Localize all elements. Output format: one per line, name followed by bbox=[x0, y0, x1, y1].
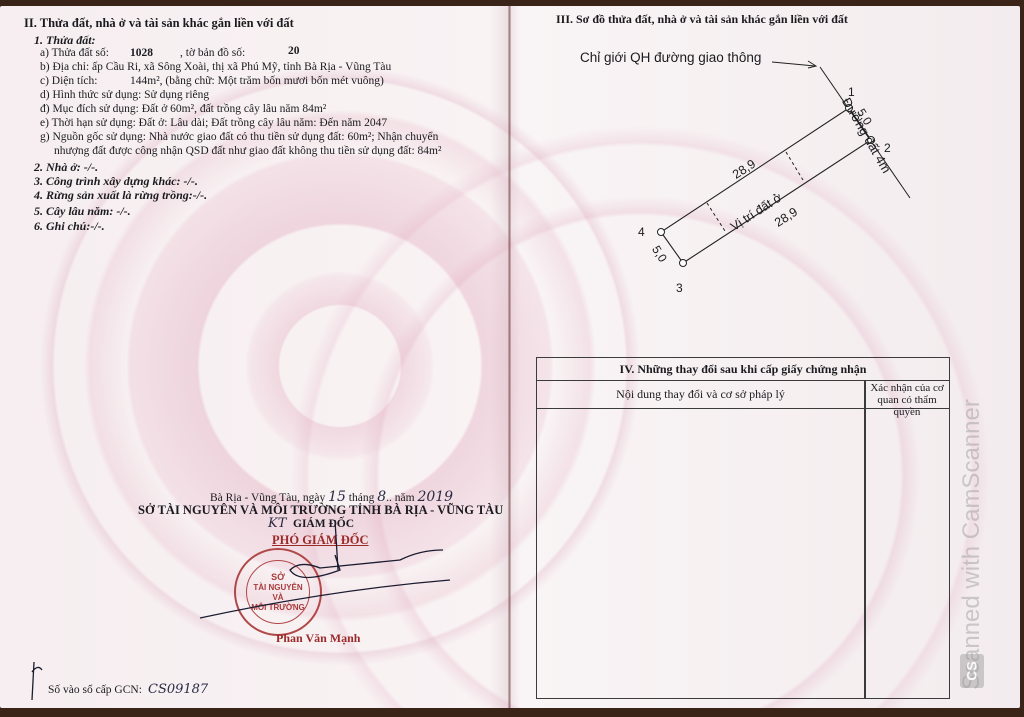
boundary-label: Chỉ giới QH đường giao thông bbox=[580, 50, 761, 65]
point-4: 4 bbox=[638, 225, 645, 239]
header-change-content: Nội dung thay đổi và cơ sở pháp lý bbox=[537, 380, 864, 408]
point-1: 1 bbox=[848, 85, 855, 99]
header-authority-confirmation: Xác nhận của cơ quan có thẩm quyền bbox=[865, 382, 949, 418]
point-3: 3 bbox=[676, 281, 683, 295]
camscanner-logo-icon: CS bbox=[960, 654, 984, 688]
changes-table-header: Nội dung thay đổi và cơ sở pháp lý Xác n… bbox=[537, 380, 949, 409]
point-2: 2 bbox=[884, 141, 891, 155]
scanner-watermark: Scanned with CamScanner bbox=[958, 399, 986, 690]
changes-table-title: IV. Những thay đổi sau khi cấp giấy chứn… bbox=[537, 358, 949, 381]
changes-table: IV. Những thay đổi sau khi cấp giấy chứn… bbox=[536, 357, 950, 699]
column-divider bbox=[864, 380, 866, 698]
